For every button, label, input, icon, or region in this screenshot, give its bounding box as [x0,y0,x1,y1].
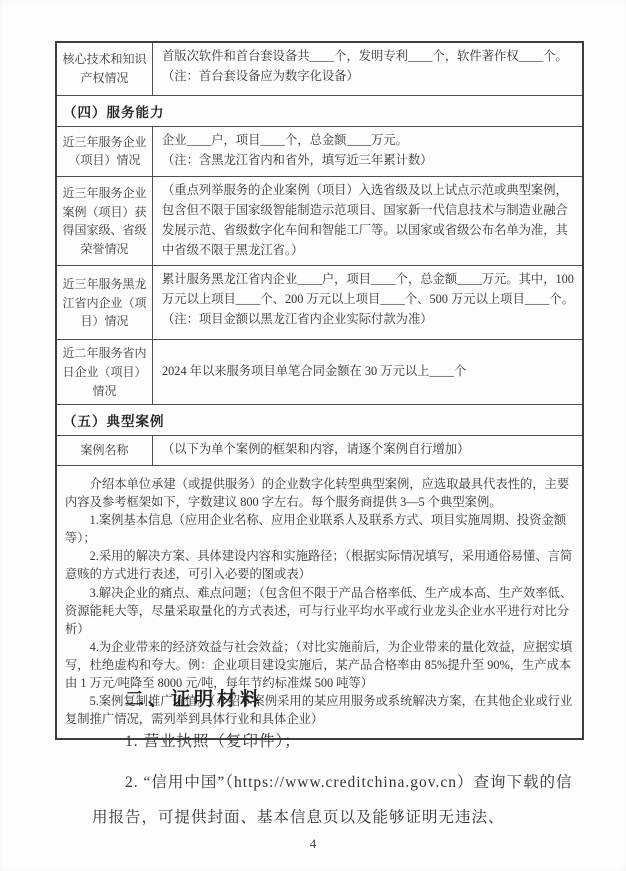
proof-section-heading: 二、证明材料 [92,684,582,711]
row-label: 近三年服务企业（项目）情况 [57,127,153,176]
application-form-table: 核心技术和知识产权情况 首版次软件和首台套设备共____个，发明专利____个，… [55,41,584,740]
row-content: 2024 年以来服务项目单笔合同金额在 30 万元以上____个 [153,340,582,404]
paragraph-item-3: 3.解决企业的痛点、难点问题；（包含但不限于产品合格率低、生产成本高、生产效率低… [65,584,574,638]
row-content: （以下为单个案例的框架和内容，请逐个案例自行增加） [153,436,582,465]
fill-in-line: 累计服务黑龙江省内企业____户，项目____个，总金额____万元。其中，10… [162,270,574,310]
paragraph-item-1: 1.案例基本信息（应用企业名称、应用企业联系人及联系方式、项目实施周期、投资金额… [65,511,574,547]
proof-item-credit-china: 2. “信用中国”（https://www.creditchina.gov.cn… [92,766,582,836]
row-content: （重点列举服务的企业案例（项目）入选省级及以上试点示范或典型案例，包含但不限于国… [153,177,582,266]
table-row-heilongjiang-enterprises: 近三年服务黑龙江省内企业（项目）情况 累计服务黑龙江省内企业____户，项目__… [57,265,582,339]
row-label: 案例名称 [57,436,153,465]
table-row-served-enterprises: 近三年服务企业（项目）情况 企业____户，项目____个，总金额____万元。… [57,126,582,176]
note-line: （注：首台套设备应为数字化设备） [162,67,574,87]
proof-materials-section: 二、证明材料 1. 营业执照（复印件）； 2. “信用中国”（https://w… [92,684,582,842]
row-label: 核心技术和知识产权情况 [57,43,153,95]
section-header: （四）服务能力 [57,96,582,126]
row-content: 首版次软件和首台套设备共____个，发明专利____个，软件著作权____个。 … [153,43,582,95]
table-row-case-name: 案例名称 （以下为单个案例的框架和内容，请逐个案例自行增加） [57,435,582,465]
fill-in-line: 企业____户，项目____个，总金额____万元。 [162,131,574,151]
row-label: 近三年服务黑龙江省内企业（项目）情况 [57,266,153,339]
description-line: （重点列举服务的企业案例（项目）入选省级及以上试点示范或典型案例，包含但不限于国… [162,181,574,261]
fill-in-line: 2024 年以来服务项目单笔合同金额在 30 万元以上____个 [162,362,466,382]
table-row-section-service-capability: （四）服务能力 [57,95,582,126]
row-label: 近二年服务省内日企业（项目）情况 [57,340,153,404]
table-row-case-honors: 近三年服务企业案例（项目）获得国家级、省级荣誉情况 （重点列举服务的企业案例（项… [57,176,582,266]
proof-item-business-license: 1. 营业执照（复印件）； [92,725,582,760]
page-number: 4 [0,836,626,852]
table-row-section-typical-cases: （五）典型案例 [57,404,582,435]
table-row-core-tech-ip: 核心技术和知识产权情况 首版次软件和首台套设备共____个，发明专利____个，… [57,43,582,95]
row-label: 近三年服务企业案例（项目）获得国家级、省级荣誉情况 [57,177,153,266]
fill-in-line: 首版次软件和首台套设备共____个，发明专利____个，软件著作权____个。 [162,47,574,67]
row-content: 企业____户，项目____个，总金额____万元。 （注：含黑龙江省内和省外，… [153,127,582,176]
note-line: （以下为单个案例的框架和内容，请逐个案例自行增加） [162,440,574,460]
paragraph-item-2: 2.采用的解决方案、具体建设内容和实施路径；（根据实际情况填写，采用通俗易懂、言… [65,547,574,583]
table-row-recent-province-projects: 近二年服务省内日企业（项目）情况 2024 年以来服务项目单笔合同金额在 30 … [57,339,582,404]
row-content: 累计服务黑龙江省内企业____户，项目____个，总金额____万元。其中，10… [153,266,582,339]
note-line: （注：含黑龙江省内和省外，填写近三年累计数） [162,151,574,171]
document-page: 核心技术和知识产权情况 首版次软件和首台套设备共____个，发明专利____个，… [0,0,626,871]
note-line: （注：项目金额以黑龙江省内企业实际付款为准） [162,310,574,330]
paragraph-intro: 介绍本单位承建（或提供服务）的企业数字化转型典型案例，应选取最具代表性的，主要内… [65,475,574,511]
section-header: （五）典型案例 [57,405,582,435]
